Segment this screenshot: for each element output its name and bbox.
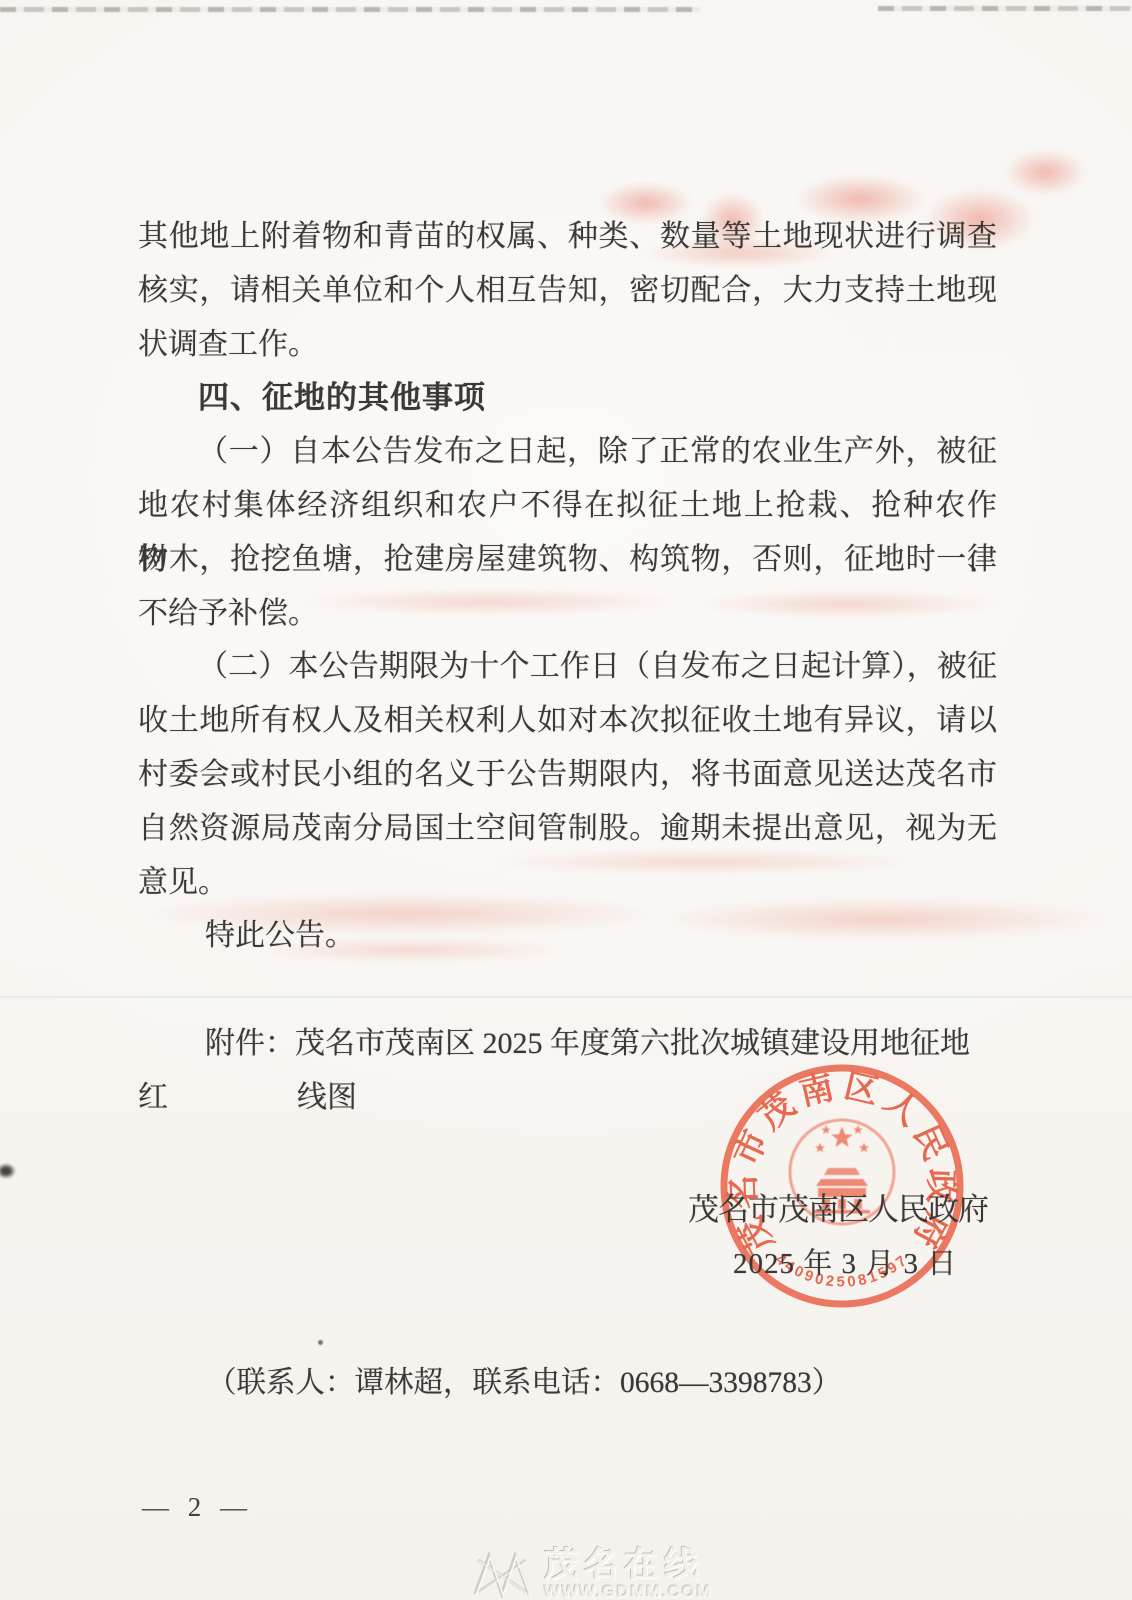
scan-edge-artifact [0,7,700,12]
signature-date: 2025 年 3 月 3 日 [733,1241,957,1282]
text-line: 附件：茂名市茂南区 2025 年度第六批次城镇建设用地征地红 [138,1017,997,1071]
scanned-document-page: 其他地上附着物和青苗的权属、种类、数量等土地现状进行调查核实，请相关单位和个人相… [0,0,1132,1600]
watermark-text: 茂名在线 WWW.GDMM.COM [544,1550,712,1600]
page-number: — 2 — [142,1492,253,1523]
section-heading: 四、征地的其他事项 [138,371,997,425]
bleed-smudge [1005,150,1085,195]
watermark-site-name: 茂名在线 [544,1550,712,1580]
text-line: 树木，抢挖鱼塘，抢建房屋建筑物、构筑物，否则，征地时一律 [138,533,997,587]
text-line: （二）本公告期限为十个工作日（自发布之日起计算），被征 [138,640,997,694]
text-line: 不给予补偿。 [138,587,997,641]
text-line: 收土地所有权人及相关权利人如对本次拟征收土地有异议，请以 [138,694,997,748]
text-line: 自然资源局茂南分局国土空间管制股。逾期未提出意见，视为无 [138,802,997,856]
text-line: 意见。 [138,856,997,910]
contact-line: （联系人：谭林超，联系电话：0668—3398783） [207,1359,841,1401]
text-line: 村委会或村民小组的名义于公告期限内，将书面意见送达茂名市 [138,748,997,802]
text-line: 特此公告。 [138,909,997,963]
signature-agency: 茂名市茂南区人民政府 [688,1184,988,1229]
text-line: 其他地上附着物和青苗的权属、种类、数量等土地现状进行调查 [138,210,997,264]
text-line: 状调查工作。 [138,318,997,372]
text-line: 地农村集体经济组织和农户不得在拟征土地上抢栽、抢种农作物、 [138,479,997,533]
staple-mark [0,1163,16,1179]
site-watermark: 茂名在线 WWW.GDMM.COM [472,1550,712,1600]
blank-line [138,963,997,1017]
text-line: 线图 [138,1071,997,1125]
text-line: 核实，请相关单位和个人相互告知，密切配合，大力支持土地现 [138,264,997,318]
watermark-logo-icon [472,1550,532,1598]
scan-edge-artifact [878,6,1132,11]
watermark-site-url: WWW.GDMM.COM [544,1582,712,1600]
body-text: 其他地上附着物和青苗的权属、种类、数量等土地现状进行调查核实，请相关单位和个人相… [138,210,997,1125]
text-line: （一）自本公告发布之日起，除了正常的农业生产外，被征 [138,425,997,479]
ink-speck [318,1340,323,1345]
